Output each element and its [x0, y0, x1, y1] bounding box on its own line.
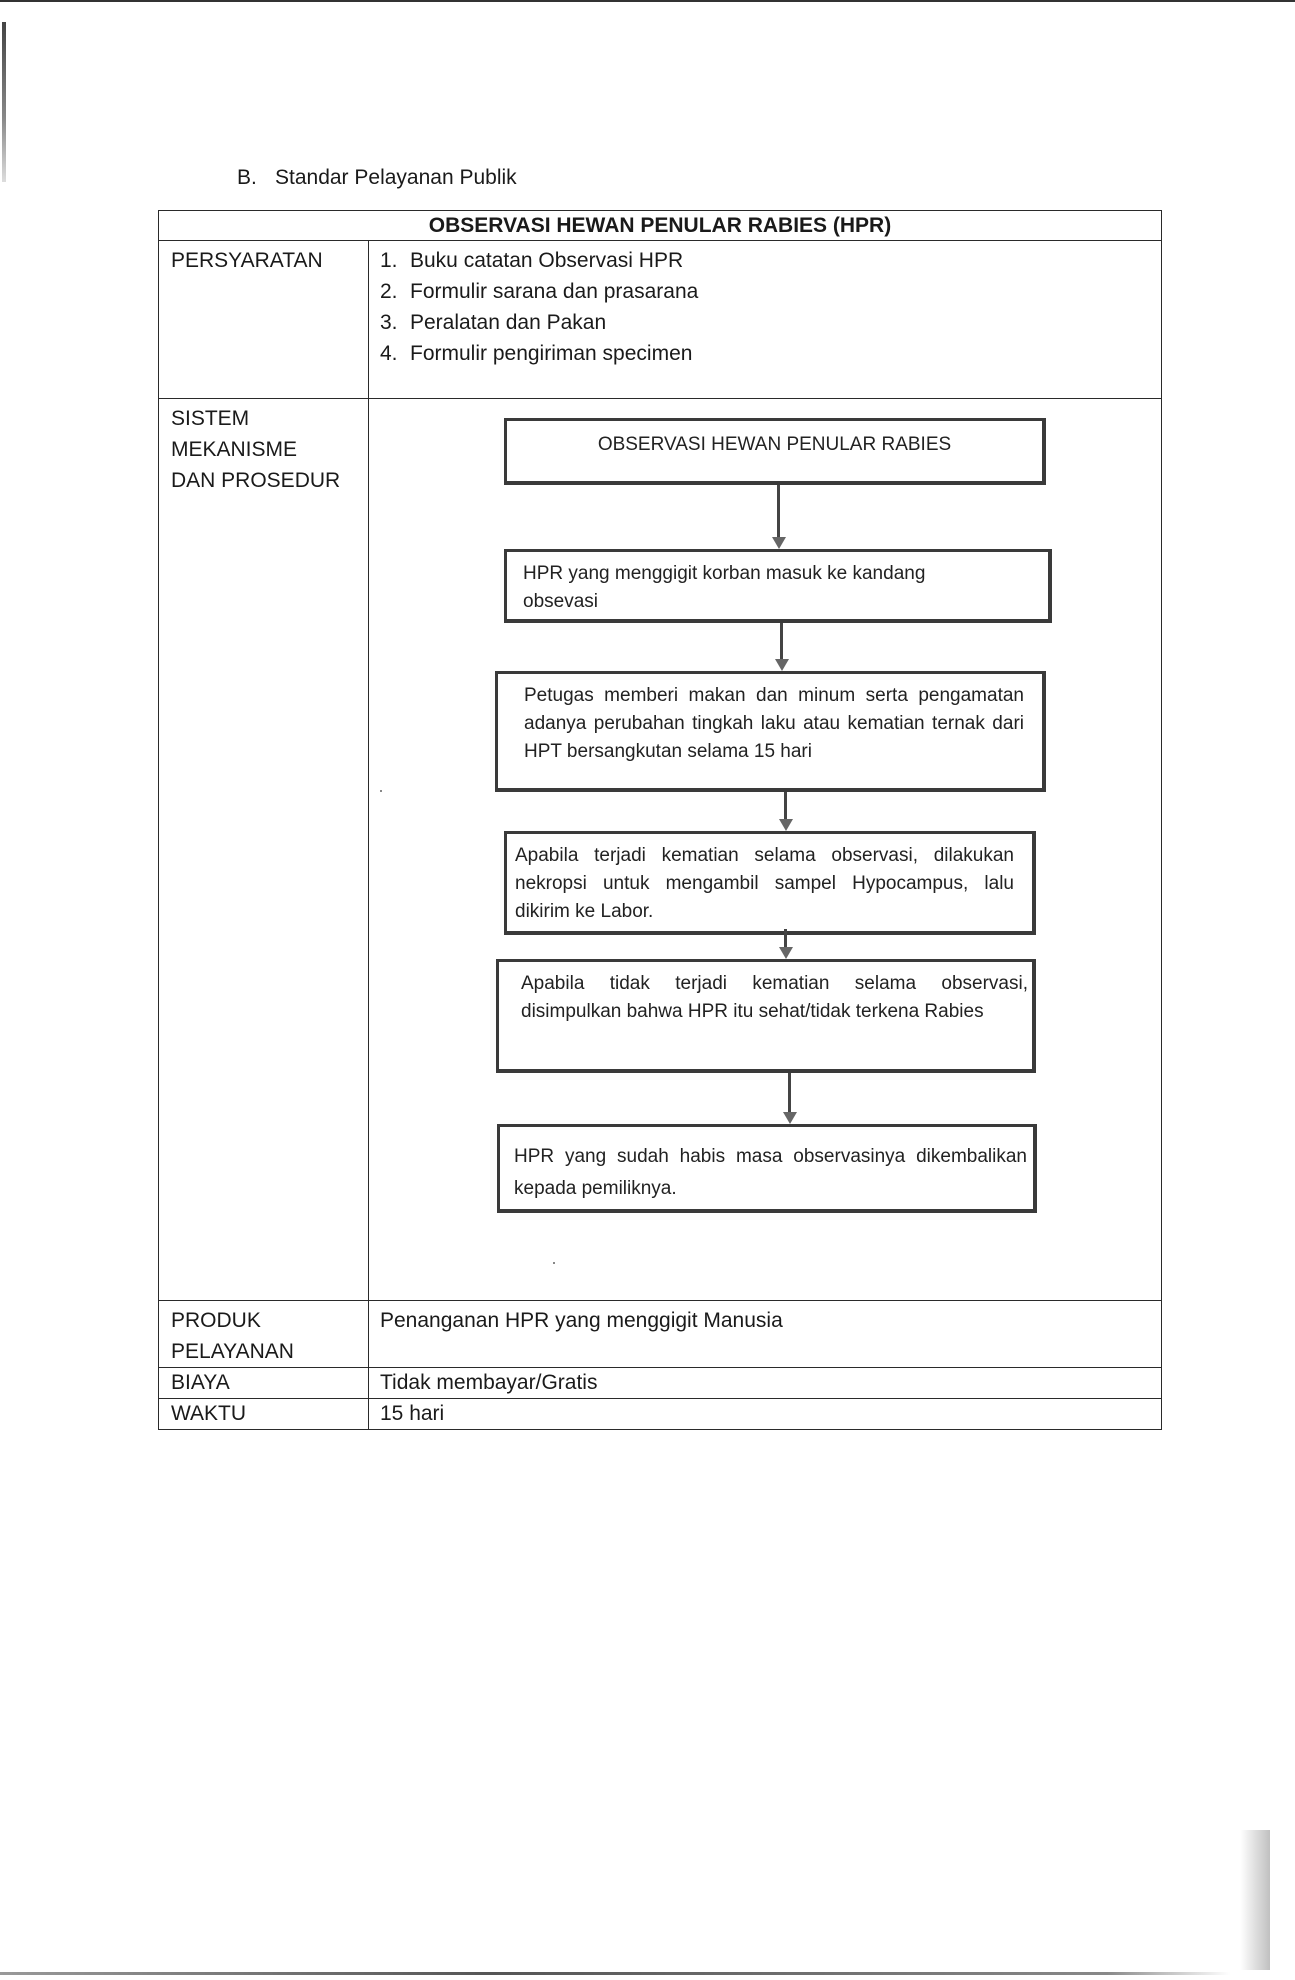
row-label-biaya: BIAYA: [159, 1368, 369, 1399]
section-heading: B.Standar Pelayanan Publik: [237, 166, 517, 190]
arrow-down-icon: [772, 485, 786, 549]
list-item: 3.Peralatan dan Pakan: [380, 307, 1161, 338]
flow-step-3: Petugas memberi makan dan minum serta pe…: [495, 671, 1046, 792]
requirements-cell: 1.Buku catatan Observasi HPR 2.Formulir …: [369, 241, 1162, 399]
row-label-sistem: SISTEM MEKANISME DAN PROSEDUR: [159, 399, 369, 1301]
service-standard-table: OBSERVASI HEWAN PENULAR RABIES (HPR) PER…: [158, 210, 1162, 1430]
list-item: 2.Formulir sarana dan prasarana: [380, 276, 1161, 307]
flow-step-4: Apabila terjadi kematian selama observas…: [504, 831, 1036, 935]
list-item: 1.Buku catatan Observasi HPR: [380, 245, 1161, 276]
scan-edge-left: [2, 22, 6, 182]
table-title: OBSERVASI HEWAN PENULAR RABIES (HPR): [159, 211, 1162, 241]
scan-edge-bottom: [0, 1972, 1230, 1975]
row-value-biaya: Tidak membayar/Gratis: [369, 1368, 1162, 1399]
arrow-down-icon: [775, 623, 789, 671]
flow-step-1: OBSERVASI HEWAN PENULAR RABIES: [504, 418, 1046, 485]
section-number: B.: [237, 166, 275, 190]
row-value-produk: Penanganan HPR yang menggigit Manusia: [369, 1301, 1162, 1368]
scan-edge-top: [0, 0, 1295, 2]
list-item: 4.Formulir pengiriman specimen: [380, 338, 1161, 369]
row-label-persyaratan: PERSYARATAN: [159, 241, 369, 399]
requirements-list: 1.Buku catatan Observasi HPR 2.Formulir …: [380, 245, 1161, 369]
table-row-waktu: WAKTU 15 hari: [159, 1399, 1162, 1430]
row-label-waktu: WAKTU: [159, 1399, 369, 1430]
flow-step-2: HPR yang menggigit korban masuk ke kanda…: [504, 549, 1052, 623]
row-value-waktu: 15 hari: [369, 1399, 1162, 1430]
flow-step-5: Apabila tidak terjadi kematian selama ob…: [496, 959, 1036, 1073]
flow-step-6: HPR yang sudah habis masa observasinya d…: [497, 1124, 1037, 1213]
table-row-persyaratan: PERSYARATAN 1.Buku catatan Observasi HPR…: [159, 241, 1162, 399]
table-row-produk: PRODUK PELAYANAN Penanganan HPR yang men…: [159, 1301, 1162, 1368]
section-title: Standar Pelayanan Publik: [275, 166, 517, 189]
table-row-biaya: BIAYA Tidak membayar/Gratis: [159, 1368, 1162, 1399]
table-header-row: OBSERVASI HEWAN PENULAR RABIES (HPR): [159, 211, 1162, 241]
scan-speck: [553, 1262, 555, 1264]
arrow-down-icon: [779, 792, 793, 831]
arrow-down-icon: [779, 929, 793, 959]
row-label-produk: PRODUK PELAYANAN: [159, 1301, 369, 1368]
scan-shadow-corner: [1240, 1830, 1270, 1970]
scan-speck: [380, 790, 382, 792]
arrow-down-icon: [783, 1073, 797, 1124]
